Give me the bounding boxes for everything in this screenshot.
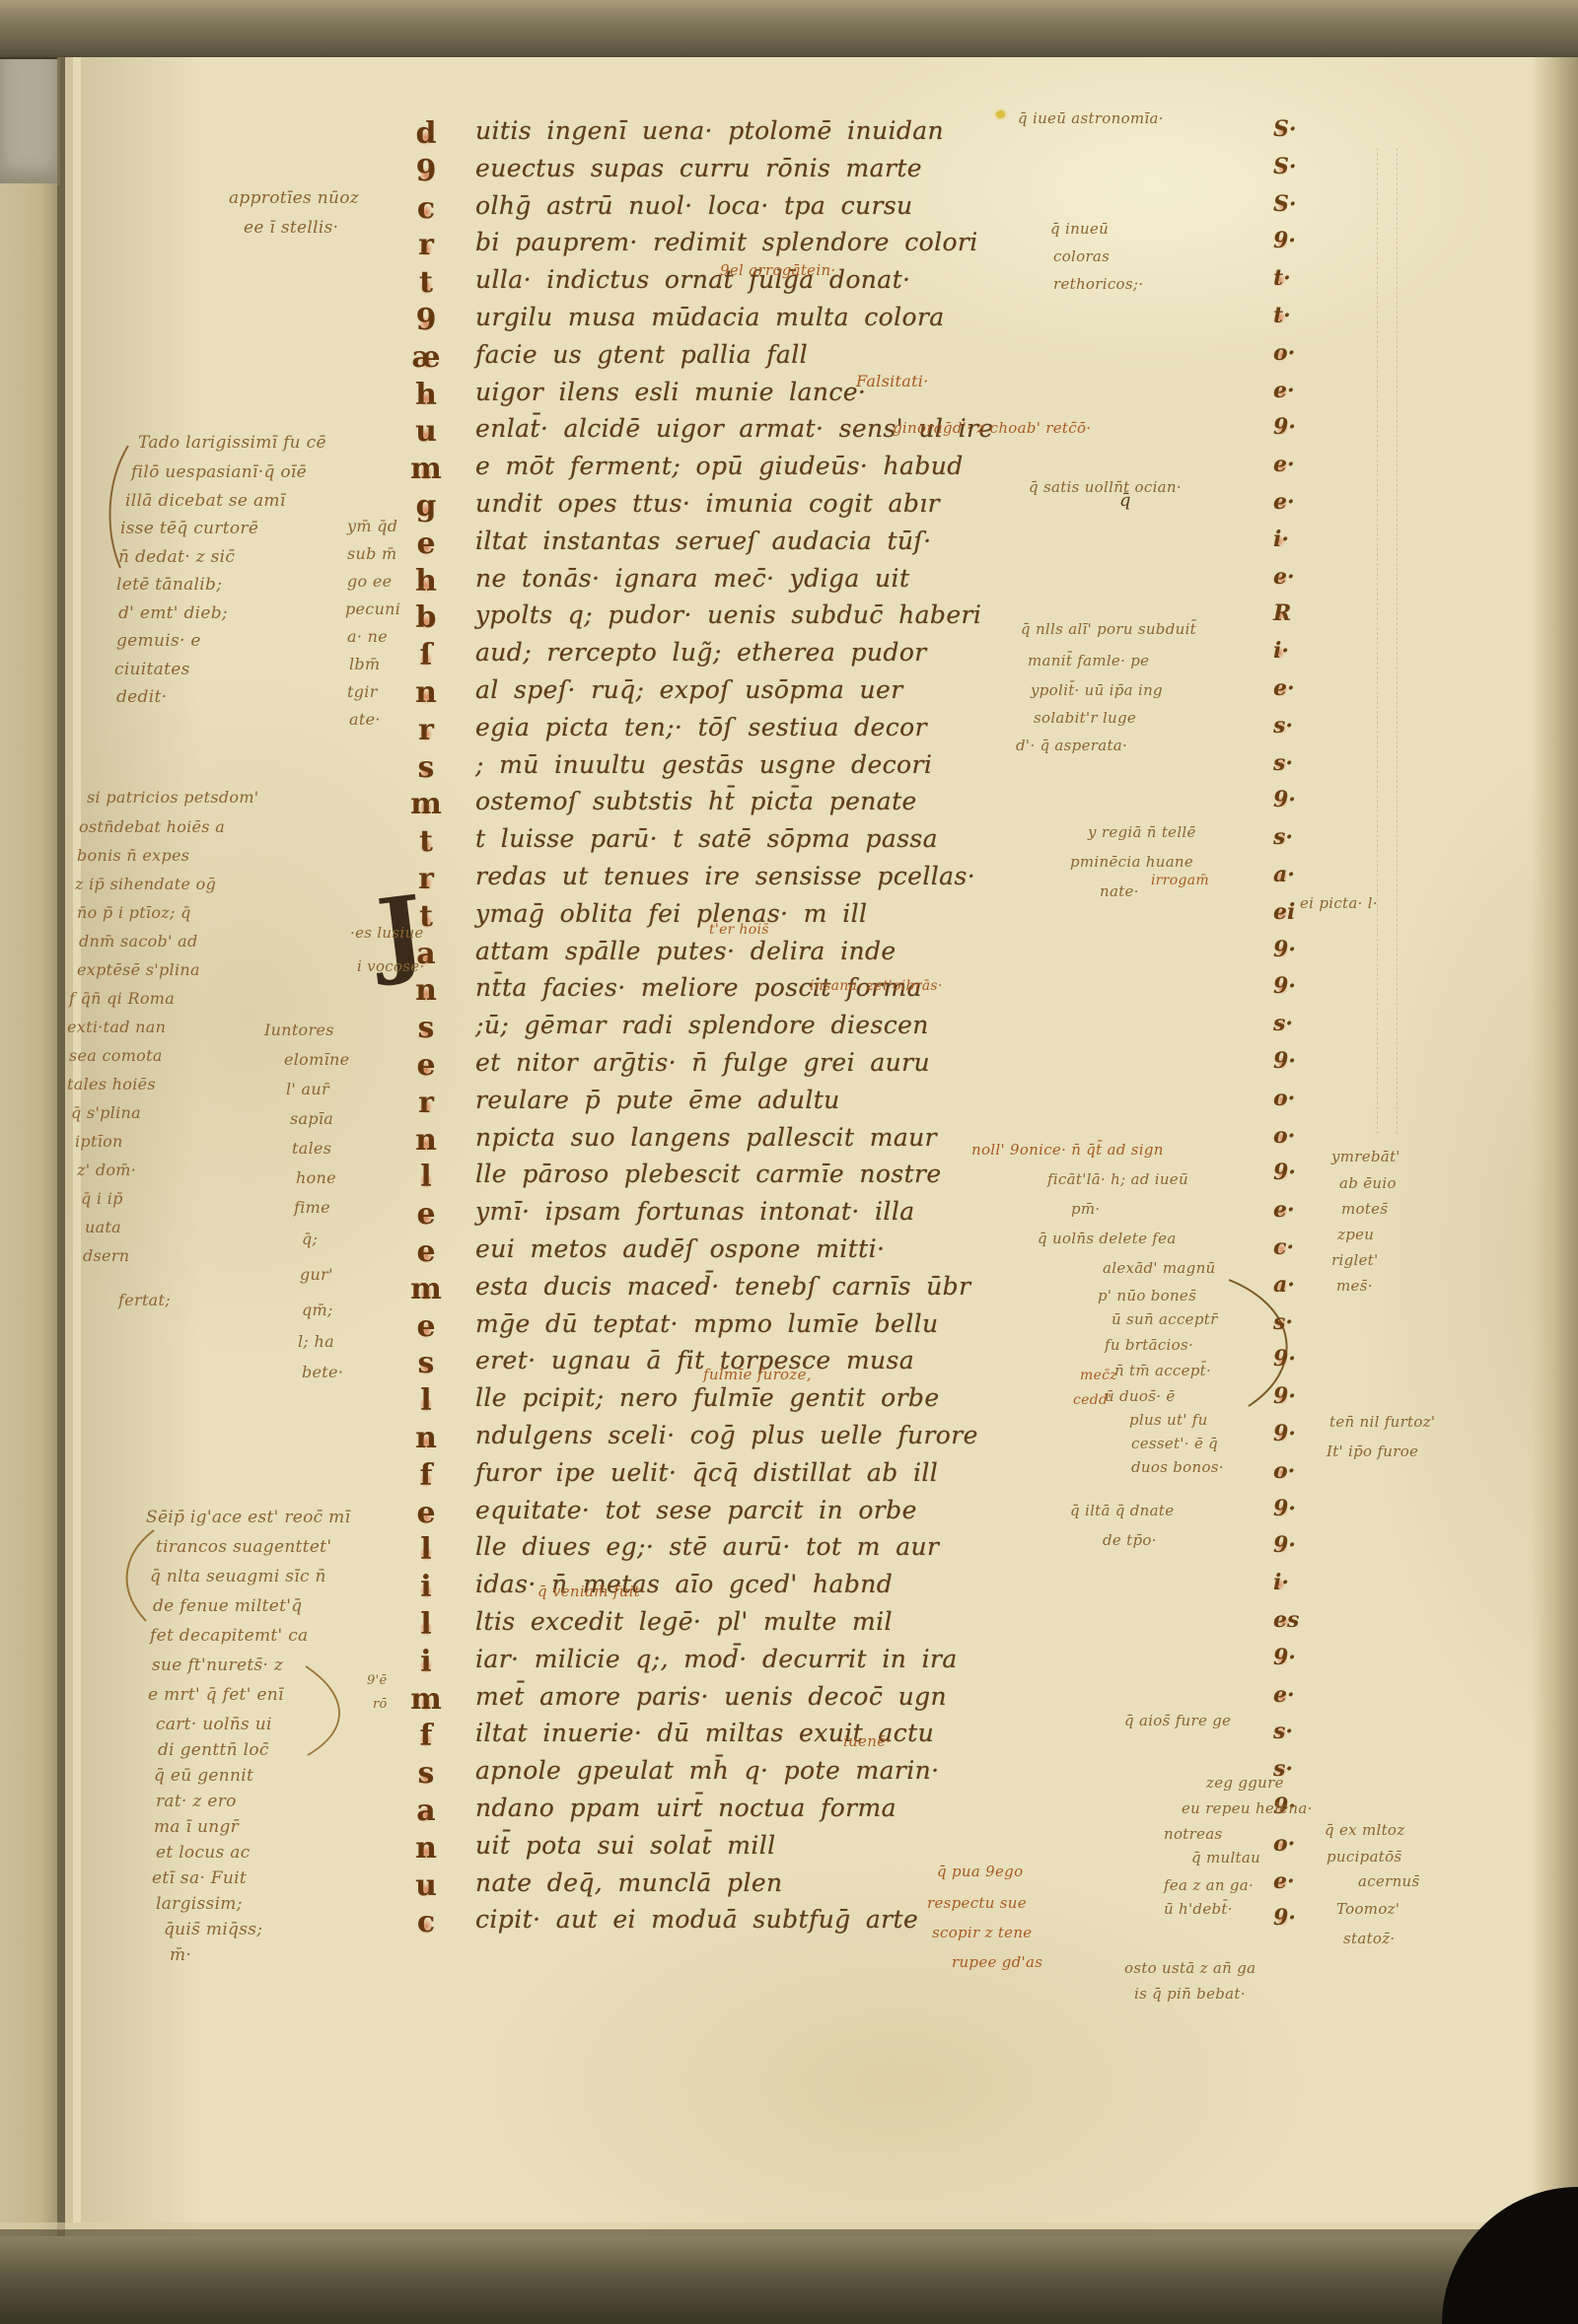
margin-note: t'er hois̄ (709, 923, 769, 938)
margin-note: q̄ pua 9ego (937, 1864, 1023, 1880)
margin-note: zeg ggure (1206, 1775, 1284, 1792)
margin-note: exptēsē s'plina (77, 961, 200, 979)
verse-end-letter: s· (1270, 824, 1296, 850)
margin-note: n̄ dedat· z sic̄ (118, 548, 235, 567)
margin-note: letē tānalib; (116, 576, 222, 595)
manuscript-photo: J duitis ingenī uena· ptolomē inuidanS·9… (0, 0, 1578, 2324)
margin-note: approtīes nūoz (229, 189, 359, 208)
verse-end-letter: s· (1270, 1719, 1296, 1744)
verse-initial-letter: g (406, 489, 446, 524)
margin-note: plus ut' fu (1129, 1412, 1208, 1429)
verse-initial-letter: e (406, 1309, 446, 1344)
margin-note: f q̄n̄ qi Roma (69, 990, 175, 1008)
verse-initial-letter: 9 (406, 303, 446, 337)
verse-end-letter: S· (1270, 154, 1300, 179)
margin-note: n̄ tm̄ accept̄· (1114, 1363, 1211, 1379)
verse-text: urgilu musa mūdacia multa colora (475, 303, 945, 331)
verse-end-letter: e· (1270, 1197, 1298, 1223)
verse-initial-letter: h (406, 564, 446, 599)
verse-initial-letter: f (406, 1719, 446, 1753)
verse-text: ostemoſ subtstis ht̄ pict̄a penate (475, 787, 917, 815)
verse-end-letter: o· (1270, 1086, 1298, 1111)
verse-text: olhḡ astrū nuol· loca· tpa cursu (475, 191, 913, 220)
verse-text: al speſ· ruq̄; expoſ usōpma uer (475, 675, 903, 704)
verse-text: mḡe dū teptat· mpmo lumīe bellu (475, 1309, 938, 1338)
verse-text: reulare p̄ pute ēme adultu (475, 1086, 840, 1114)
verse-initial-letter: a (406, 1794, 446, 1828)
verse-initial-letter: s (406, 750, 446, 785)
verse-text: iar· milicie q;, mod̄· decurrit in ira (475, 1645, 958, 1673)
margin-note: zpeu (1337, 1227, 1374, 1243)
verse-text: egia picta ten;· tōſ sestiua decor (475, 713, 927, 741)
verse-end-letter: i· (1270, 1570, 1292, 1595)
margin-note: di genttn̄ loc̄ (158, 1741, 269, 1760)
verse-initial-letter: s (406, 1346, 446, 1380)
verse-initial-letter: 9 (406, 154, 446, 188)
verse-initial-letter: n (406, 1421, 446, 1455)
verse-line: ſaud; rercepto lug̃; etherea pudori· (0, 638, 1578, 673)
verse-initial-letter: r (406, 228, 446, 262)
verse-initial-letter: u (406, 414, 446, 449)
margin-note: manit̄ famle· pe (1028, 653, 1149, 669)
verse-initial-letter: d (406, 116, 446, 151)
verse-text: ndulgens sceli· coḡ plus uelle furore (475, 1421, 978, 1449)
margin-note: sapīa (290, 1110, 333, 1128)
margin-note: si patricios petsdom' (87, 789, 259, 807)
margin-note: 9'ē (367, 1674, 387, 1688)
verse-end-letter: ei (1270, 899, 1298, 925)
verse-text: redas ut tenues ire sensisse pcellas· (475, 862, 975, 890)
verse-initial-letter: e (406, 1496, 446, 1530)
margin-note: ma ī ungr̄ (154, 1818, 239, 1837)
verse-line: nnt̄ta facies· meliore poscit forma9· (0, 973, 1578, 1009)
verse-text: ; mū inuultu gestās usgne decori (475, 750, 932, 779)
verse-initial-letter: s (406, 1011, 446, 1045)
verse-end-letter: S· (1270, 116, 1300, 142)
margin-note: fertat; (118, 1292, 171, 1309)
verse-line: s;ū; gēmar radi splendore diescens· (0, 1011, 1578, 1046)
verse-text: apnole gpeulat mh̄ q· pote marin· (475, 1756, 940, 1785)
verse-initial-letter: n (406, 675, 446, 710)
verse-end-letter: e· (1270, 675, 1298, 701)
margin-note: sea comota (69, 1047, 163, 1065)
margin-note: ·es lusiue (350, 925, 424, 942)
verse-initial-letter: i (406, 1645, 446, 1679)
margin-note: Tado larigissimī fu cē (138, 434, 326, 453)
margin-note: lbm̄ (349, 656, 380, 673)
margin-note: q̄uis̄ miq̄ss; (164, 1921, 262, 1939)
margin-note: go ee (347, 573, 392, 591)
margin-note: respectu sue (927, 1895, 1027, 1912)
margin-note: bete· (302, 1364, 343, 1381)
margin-note: fea z an ga· (1164, 1877, 1254, 1894)
verse-text: aud; rercepto lug̃; etherea pudor (475, 638, 927, 667)
verse-text: ymī· ipsam fortunas intonat· illa (475, 1197, 915, 1226)
verse-initial-letter: l (406, 1160, 446, 1194)
verse-initial-letter: s (406, 1756, 446, 1791)
margin-note: mes̄· (1336, 1278, 1373, 1295)
verse-text: lle diues eg;· stē aurū· tot m aur (475, 1532, 939, 1561)
margin-note: duos bonos· (1131, 1459, 1224, 1476)
verse-initial-letter: l (406, 1532, 446, 1567)
verse-line: 9urgilu musa mūdacia multa colorat· (0, 303, 1578, 338)
margin-note: solabit'r luge (1034, 710, 1136, 727)
verse-text: ;ū; gēmar radi splendore diescen (475, 1011, 929, 1039)
verse-text: lle pāroso plebescit carmīe nostre (475, 1160, 942, 1188)
verse-line: s; mū inuultu gestās usgne decoris· (0, 750, 1578, 786)
margin-note: ostn̄debat hoiēs a (79, 818, 225, 836)
margin-note: q̄ s'plina (71, 1104, 141, 1122)
margin-note: rat· z ero (156, 1793, 237, 1811)
margin-note: m̄· (170, 1946, 191, 1965)
verse-line: hne tonās· ignara mec̄· ydiga uite· (0, 564, 1578, 599)
verse-text: attam spālle putes· delira inde (475, 937, 897, 965)
verse-end-letter: o· (1270, 340, 1298, 366)
verse-text: ypolts q; pudor· uenis subduc̄ haberi (475, 600, 981, 629)
verse-end-letter: 9· (1270, 228, 1299, 253)
margin-note: et locus ac (156, 1844, 251, 1863)
verse-text: ne tonās· ignara mec̄· ydiga uit (475, 564, 909, 593)
margin-note: motes̄ (1341, 1201, 1388, 1218)
verse-end-letter: e· (1270, 489, 1298, 515)
margin-note: sub m̄ (347, 545, 397, 563)
margin-note: d' emt' dieb; (118, 604, 228, 623)
margin-note: scopir z tene (932, 1925, 1032, 1941)
margin-note: tales hoiēs (67, 1076, 156, 1093)
verse-text: undit opes ttus· imunia cogit abır (475, 489, 940, 518)
verse-text: iltat instantas serueſ audacia tūſ· (475, 527, 931, 555)
verse-line: æfacie us gtent pallia fallo· (0, 340, 1578, 376)
margin-note: gemuis· e (116, 632, 201, 651)
verse-end-letter: t· (1270, 303, 1294, 328)
verse-line: tt luisse parū· t satē sōpma passas· (0, 824, 1578, 860)
margin-note: q̄ veniam̄ fuit· (538, 1584, 645, 1600)
verse-end-letter: s· (1270, 750, 1296, 776)
verse-text: esta ducis maced̄· tenebſ carnīs ūbr (475, 1272, 970, 1301)
margin-note: tgir (347, 683, 378, 701)
verse-text: uigor ilens esli munie lance· (475, 378, 866, 406)
margin-note: iptīon (75, 1133, 123, 1151)
margin-note: ypolit̄· uū ip̄a ing (1031, 682, 1163, 699)
margin-note: statoz̄· (1343, 1931, 1396, 1947)
margin-note: q̄ (1119, 491, 1131, 511)
verse-initial-letter: m (406, 787, 446, 821)
verse-end-letter: 9· (1270, 1048, 1299, 1074)
margin-note: l; ha (298, 1333, 334, 1351)
margin-note: de tp̄o· (1103, 1532, 1157, 1549)
verse-end-letter: o· (1270, 1458, 1298, 1484)
margin-note: dedit· (116, 688, 167, 707)
verse-initial-letter: ſ (406, 638, 446, 672)
verse-line: aattam spālle putes· delira inde9· (0, 937, 1578, 972)
verse-end-letter: s· (1270, 1309, 1296, 1335)
verse-initial-letter: m (406, 1272, 446, 1306)
margin-note: 9el arrogātein· (720, 262, 835, 279)
margin-note: illā dicebat se amī (125, 492, 286, 511)
page-edge-top (0, 0, 1578, 57)
margin-note: q̄ ex mltoz (1325, 1822, 1404, 1839)
verse-line: 9euectus supas curru rōnis marteS· (0, 154, 1578, 189)
verse-initial-letter: e (406, 1234, 446, 1269)
verse-end-letter: es (1270, 1607, 1302, 1633)
margin-note: Iuntores (264, 1021, 334, 1039)
margin-note: tales (292, 1140, 331, 1158)
verse-end-letter: a· (1270, 1272, 1298, 1298)
verse-text: bi pauprem· redimit splendore colori (475, 228, 978, 256)
margin-note: p' nūo bones̄ (1098, 1288, 1196, 1304)
margin-note: q̄ aios̄ fure ge (1124, 1713, 1231, 1729)
verse-end-letter: 9· (1270, 1532, 1299, 1558)
margin-note: ate· (349, 711, 381, 729)
verse-text: ulla· indictus ornat fulḡa donat· (475, 265, 910, 294)
verse-initial-letter: m (406, 452, 446, 486)
margin-note: pm̄· (1071, 1201, 1101, 1218)
margin-note: y regiā n̄ tellē (1088, 824, 1196, 841)
verse-end-letter: 9· (1270, 1383, 1299, 1409)
verse-initial-letter: r (406, 862, 446, 896)
margin-note: largissim; (156, 1895, 243, 1914)
margin-note: ab ēuio (1339, 1175, 1397, 1192)
margin-note: rethoricos;· (1053, 276, 1143, 293)
margin-note: q̄ iueū astronomīa· (1018, 110, 1164, 127)
margin-note: rō (373, 1698, 388, 1712)
margin-note: ee ī stellis· (244, 219, 338, 238)
margin-note: cart· uoln̄s ui (156, 1716, 272, 1734)
margin-note: rupee gd'as (952, 1954, 1042, 1971)
margin-note: ginoraḡd'· z choab' retc̄ō· (893, 420, 1091, 437)
margin-note: Toomoz' (1336, 1901, 1399, 1918)
verse-text: equitate· tot sese parcit in orbe (475, 1496, 917, 1524)
verse-end-letter: e· (1270, 378, 1298, 403)
verse-text: furor ipe uelit· q̄cq̄ distillat ab ill (475, 1458, 938, 1487)
margin-note: ū h'debt̄· (1164, 1901, 1233, 1918)
verse-end-letter: R (1270, 600, 1294, 626)
margin-note: cedd' (1073, 1393, 1112, 1408)
verse-end-letter: e· (1270, 1682, 1298, 1708)
verse-end-letter: e· (1270, 1868, 1298, 1894)
margin-note: pucipatōs̄ (1327, 1849, 1401, 1866)
verse-text: nate deq̄, munclā plen (475, 1868, 783, 1897)
margin-note: de fenue miltet'q̄ (153, 1597, 302, 1616)
margin-note: It' ip̄o furoe (1327, 1444, 1418, 1460)
verse-end-letter: o· (1270, 1123, 1298, 1149)
margin-note: is q̄ pin̄ bebat· (1134, 1986, 1246, 2003)
verse-end-letter: 9· (1270, 937, 1299, 962)
verse-text: uitis ingenī uena· ptolomē inuidan (475, 116, 944, 145)
verse-line: ffuror ipe uelit· q̄cq̄ distillat ab ill… (0, 1458, 1578, 1494)
margin-note: exti·tad nan (67, 1019, 166, 1036)
verse-end-letter: e· (1270, 452, 1298, 477)
margin-note: q̄ inueū (1050, 221, 1109, 238)
verse-initial-letter: e (406, 1197, 446, 1232)
verse-initial-letter: r (406, 713, 446, 747)
verse-text: e mōt ferment; opū giudeūs· habud (475, 452, 964, 480)
margin-note: fu brtācios· (1105, 1337, 1193, 1354)
margin-note: pminēcia huane (1070, 854, 1193, 871)
verse-initial-letter: r (406, 1086, 446, 1120)
verse-text: cipit· aut ei moduā subtfuḡ arte (475, 1905, 918, 1934)
verse-initial-letter: æ (406, 340, 446, 375)
margin-note: fet decapitemt' ca (150, 1627, 308, 1646)
verse-initial-letter: m (406, 1682, 446, 1717)
verse-initial-letter: b (406, 600, 446, 635)
margin-note: isse tēq̄ curtorē (120, 520, 258, 538)
margin-note: ū sun̄ acceptr̄ (1112, 1311, 1218, 1328)
margin-note: q̄ eū gennit (154, 1767, 253, 1786)
margin-note: qm̄; (302, 1302, 333, 1319)
margin-note: fime (294, 1199, 330, 1217)
margin-note: coloras (1053, 248, 1110, 265)
verse-end-letter: c· (1270, 1234, 1297, 1260)
margin-note: q̄ i ip̄ (81, 1190, 123, 1208)
verse-text: eret· ugnau ā fit torpesce musa (475, 1346, 914, 1374)
verse-line: bypolts q; pudor· uenis subduc̄ haberiR (0, 600, 1578, 636)
margin-note: ciuitates (114, 661, 190, 679)
margin-note: ficāt'lā· h; ad iueū (1047, 1171, 1188, 1188)
margin-note: elomīne (284, 1051, 349, 1069)
margin-note: sue ft'nurets̄· z (152, 1656, 283, 1675)
verse-text: t luisse parū· t satē sōpma passa (475, 824, 938, 853)
verse-initial-letter: l (406, 1383, 446, 1418)
margin-note: d'· q̄ asperata· (1016, 738, 1127, 754)
verse-text: ndano ppam uirt̄ noctua forma (475, 1794, 897, 1822)
margin-note: q̄; (302, 1231, 318, 1248)
verse-text: et nitor arḡtis· n̄ fulge grei auru (475, 1048, 930, 1077)
margin-note: hone (296, 1169, 336, 1187)
verse-end-letter: s· (1270, 713, 1296, 739)
verse-end-letter: 9· (1270, 787, 1299, 812)
margin-note: q̄ nlls alī' poru subduit̄ (1021, 621, 1196, 638)
verse-text: npicta suo langens pallescit maur (475, 1123, 937, 1152)
verse-initial-letter: n (406, 1831, 446, 1866)
margin-note: etī sa· Fuit (152, 1869, 247, 1888)
verse-initial-letter: e (406, 527, 446, 561)
margin-note: ū duos̄· ē (1105, 1388, 1176, 1405)
margin-note: dnm̄ sacob' ad (79, 933, 198, 951)
verse-end-letter: 9· (1270, 1496, 1299, 1521)
margin-note: gur' (300, 1266, 333, 1284)
verse-text: ltis excedit legē· pl' multe mil (475, 1607, 893, 1636)
margin-note: l' aur̄ (286, 1081, 329, 1098)
verse-text: eui metos audēſ ospone mitti· (475, 1234, 885, 1263)
margin-note: n̄o p̄ i ptīoz; q̄ (77, 904, 191, 922)
verse-initial-letter: c (406, 191, 446, 226)
margin-note: q̄ multau (1191, 1850, 1260, 1866)
verse-text: euectus supas curru rōnis marte (475, 154, 922, 182)
margin-note: bonis n̄ expes (77, 847, 189, 865)
verse-text: facie us gtent pallia fall (475, 340, 808, 369)
verse-end-letter: 9· (1270, 1346, 1299, 1372)
verse-end-letter: i· (1270, 527, 1292, 552)
margin-note: q̄ satis uolln̄t ocian· (1029, 479, 1182, 496)
verse-end-letter: e· (1270, 564, 1298, 590)
margin-note: fulmīe furoze, (703, 1367, 812, 1383)
margin-note: filō uespasianī·q̄ oīē (131, 463, 307, 482)
verse-text: ymaḡ oblita fei plenas· m ill (475, 899, 867, 928)
margin-note: ten̄ nil furtoz' (1329, 1414, 1435, 1431)
verse-initial-letter: h (406, 378, 446, 412)
verse-initial-letter: l (406, 1607, 446, 1642)
verse-initial-letter: f (406, 1458, 446, 1493)
margin-note: a· ne (347, 628, 388, 646)
margin-note: i vocose· (357, 958, 425, 975)
margin-note: dsern (83, 1247, 129, 1265)
margin-note: z' dom̄· (77, 1162, 136, 1179)
margin-note: q̄ iltā q̄ dnate (1070, 1503, 1174, 1519)
verse-line: eet nitor arḡtis· n̄ fulge grei auru9· (0, 1048, 1578, 1084)
margin-note: uata (85, 1219, 121, 1236)
margin-note: Sēip̄ ig'ace est' reoc̄ mī (146, 1509, 350, 1527)
verse-initial-letter: u (406, 1868, 446, 1903)
margin-note: notreas (1164, 1826, 1223, 1843)
verse-line: huigor ilens esli munie lance·e· (0, 378, 1578, 413)
margin-note: ymrebāt' (1331, 1149, 1400, 1165)
verse-end-letter: 9· (1270, 1160, 1299, 1185)
verse-line: rredas ut tenues ire sensisse pcellas·a· (0, 862, 1578, 897)
verse-text: lle pcipit; nero fulmīe gentit orbe (475, 1383, 940, 1412)
verse-end-letter: t· (1270, 265, 1294, 291)
verse-initial-letter: c (406, 1905, 446, 1939)
verse-end-letter: s· (1270, 1011, 1296, 1036)
verse-end-letter: o· (1270, 1831, 1298, 1857)
verse-end-letter: 9· (1270, 1645, 1299, 1670)
margin-note: acernus̄ (1358, 1873, 1420, 1890)
margin-note: q̄ uoln̄s delete fea (1038, 1231, 1177, 1247)
margin-note: z ip̄ sihendate oḡ (75, 876, 216, 893)
verse-initial-letter: n (406, 1123, 446, 1158)
page-edge-bottom-shadow (0, 2229, 1578, 2236)
verse-end-letter: 9· (1270, 1421, 1299, 1446)
verse-end-letter: a· (1270, 862, 1298, 887)
margin-note: nate· (1100, 883, 1139, 900)
verse-initial-letter: t (406, 824, 446, 859)
margin-note: osto ustā z an̄ ga (1124, 1960, 1255, 1977)
margin-note: noll' 9onice· n̄ q̄t̄ ad sign (971, 1142, 1164, 1159)
verse-end-letter: 9· (1270, 973, 1299, 999)
verse-initial-letter: n (406, 973, 446, 1008)
verse-initial-letter: e (406, 1048, 446, 1083)
verse-end-letter: 9· (1270, 414, 1299, 440)
verse-initial-letter: t (406, 265, 446, 300)
verse-end-letter: i· (1270, 638, 1292, 664)
verse-end-letter: 9· (1270, 1905, 1299, 1931)
margin-note: alexād' magnū (1103, 1260, 1216, 1277)
margin-note: insana· zet'oibrās· (810, 979, 943, 994)
verse-text: met̄ amore paris· uenis decoc̄ ugn (475, 1682, 947, 1711)
margin-note: pecuni (345, 600, 400, 618)
margin-note: riglet' (1331, 1252, 1379, 1269)
margin-note: Falsitati· (856, 373, 929, 390)
margin-note: tirancos suagenttet' (156, 1538, 331, 1557)
verse-end-letter: S· (1270, 191, 1300, 217)
margin-note: q̄ nlta seuagmi sīc n̄ (150, 1568, 326, 1586)
margin-note: eu repeu helena· (1182, 1800, 1313, 1817)
margin-note: iuenē· (843, 1733, 891, 1750)
verse-line: duitis ingenī uena· ptolomē inuidanS· (0, 116, 1578, 152)
verse-line: nal speſ· ruq̄; expoſ usōpma uere· (0, 675, 1578, 711)
margin-note: ei picta· l· (1300, 895, 1378, 912)
margin-note: e mrt' q̄ fet' enī (148, 1686, 284, 1705)
margin-note: mec̄z (1080, 1369, 1117, 1383)
verse-line: emḡe dū teptat· mpmo lumīe bellus· (0, 1309, 1578, 1345)
verse-text: uit̄ pota sui solat̄ mill (475, 1831, 776, 1860)
verse-initial-letter: i (406, 1570, 446, 1604)
margin-note: irrogam̄ (1151, 874, 1209, 888)
verse-line: regia picta ten;· tōſ sestiua decors· (0, 713, 1578, 748)
page-edge-bottom (0, 2236, 1578, 2324)
verse-line: rbi pauprem· redimit splendore colori9· (0, 228, 1578, 263)
margin-note: ym̄ q̄d (347, 518, 397, 535)
